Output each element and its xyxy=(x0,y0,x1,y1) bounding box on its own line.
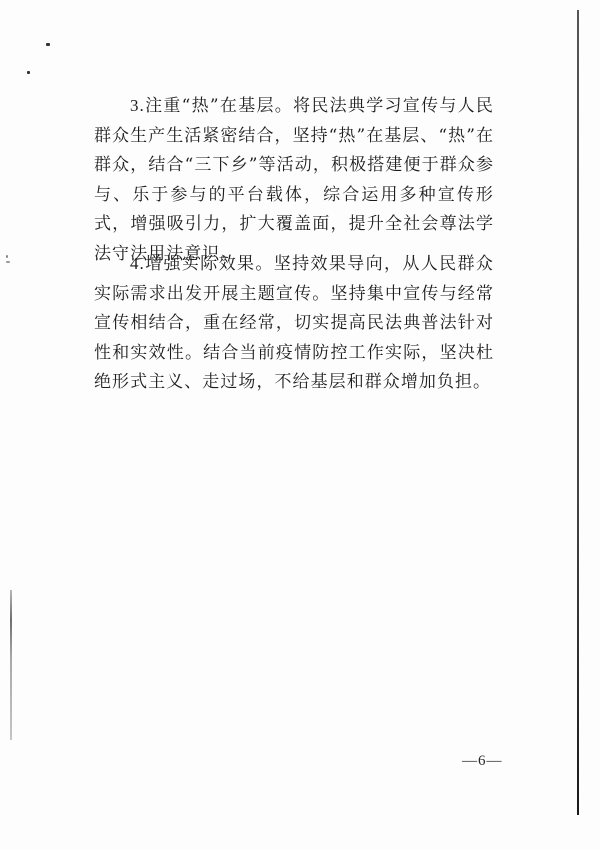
item-heading: 注重“热”在基层。 xyxy=(145,96,293,116)
binding-line-left xyxy=(10,590,12,740)
scan-speck xyxy=(27,71,30,74)
paragraph-4: 4.增强实际效果。坚持效果导向，从人民群众实际需求出发开展主题宣传。坚持集中宣传… xyxy=(94,249,494,398)
scan-speck xyxy=(46,43,50,46)
page-number: —6— xyxy=(462,753,503,770)
item-body: 将民法典学习宣传与人民群众生产生活紧密结合，坚持“热”在基层、“热”在群众，结合… xyxy=(94,96,494,264)
scan-speck xyxy=(6,261,10,263)
item-number: 4. xyxy=(130,254,145,273)
binding-line-right xyxy=(577,10,579,815)
item-heading: 增强实际效果。 xyxy=(145,254,274,274)
document-page: 3.注重“热”在基层。将民法典学习宣传与人民群众生产生活紧密结合，坚持“热”在基… xyxy=(0,0,600,849)
item-number: 3. xyxy=(130,96,145,115)
paragraph-3: 3.注重“热”在基层。将民法典学习宣传与人民群众生产生活紧密结合，坚持“热”在基… xyxy=(94,91,494,269)
scan-speck xyxy=(6,255,8,258)
item-body: 坚持效果导向，从人民群众实际需求出发开展主题宣传。坚持集中宣传与经常宣传相结合，… xyxy=(94,254,494,392)
